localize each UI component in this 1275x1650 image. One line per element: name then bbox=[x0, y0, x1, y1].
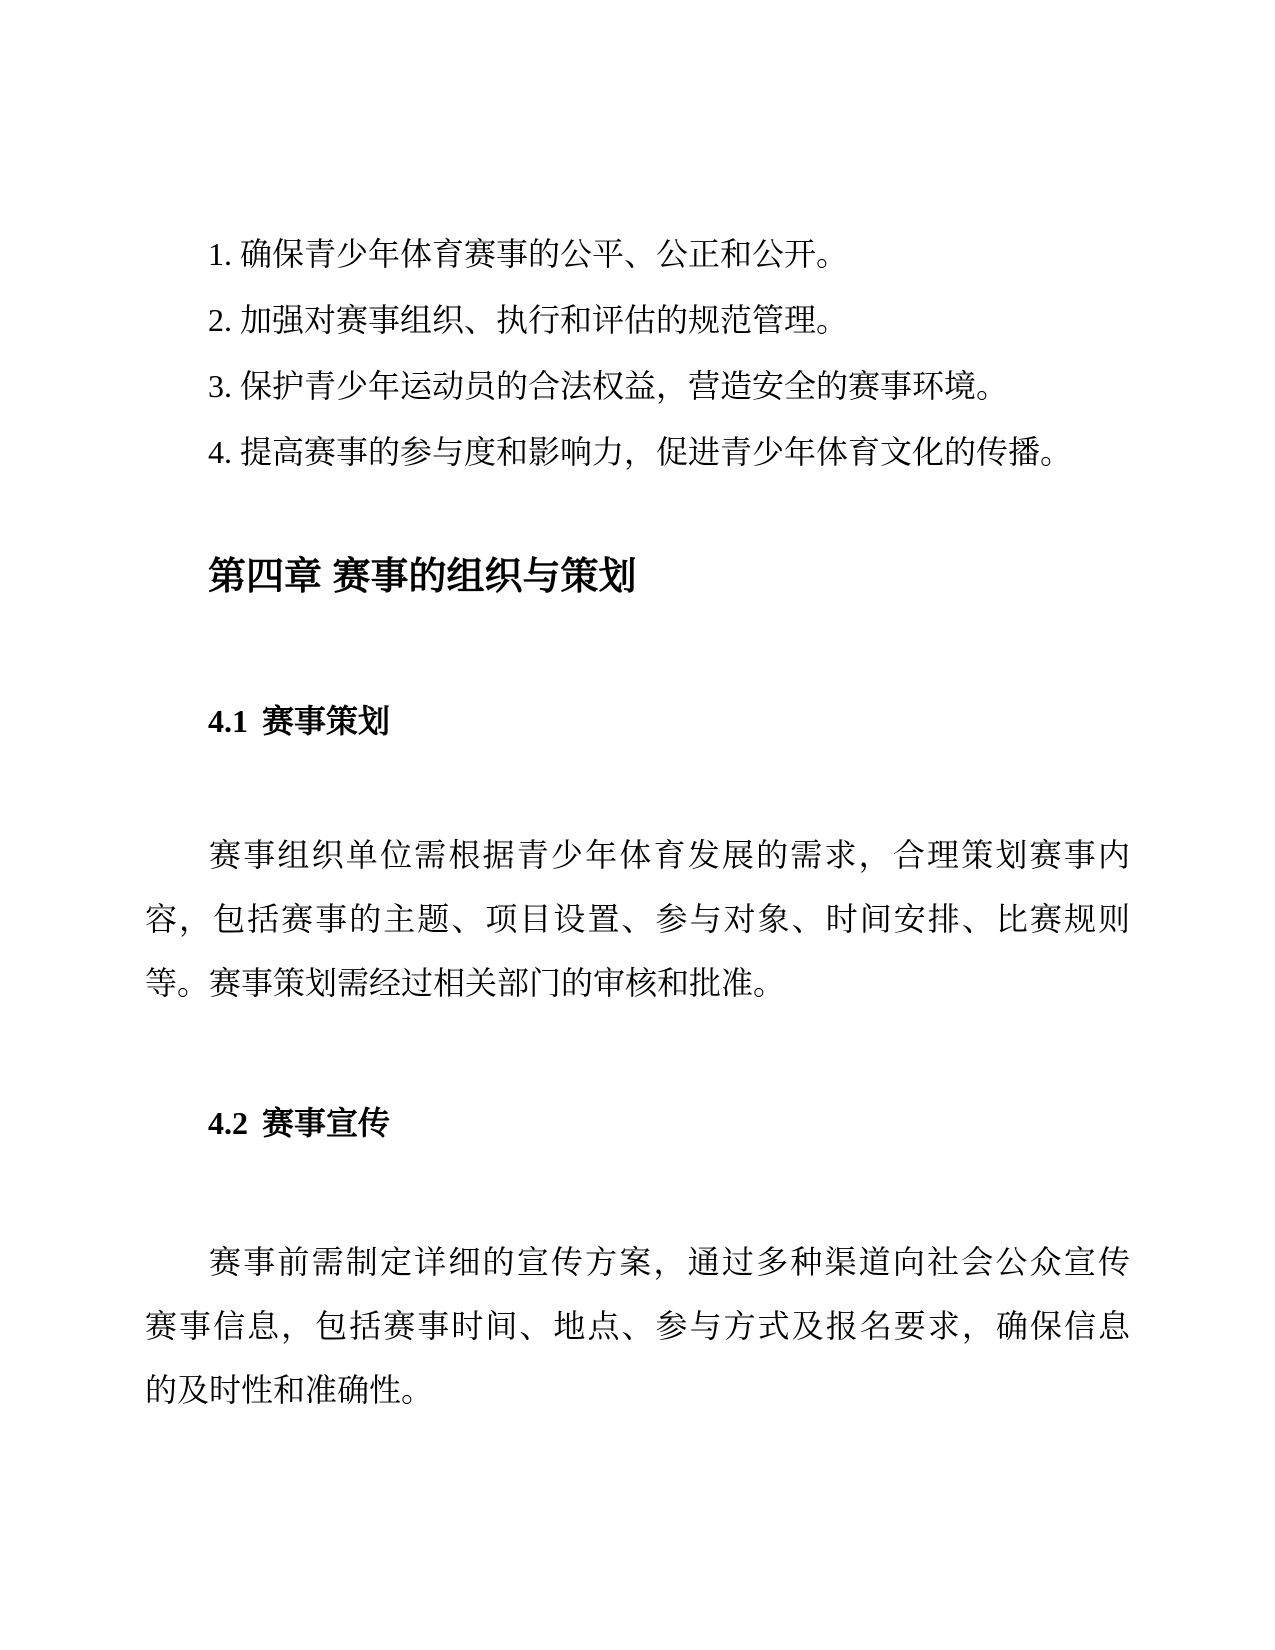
list-item: 1. 确保青少年体育赛事的公平、公正和公开。 bbox=[208, 221, 1148, 287]
paragraph-4-1: 赛事组织单位需根据青少年体育发展的需求，合理策划赛事内 容，包括赛事的主题、项目… bbox=[145, 823, 1130, 1015]
paragraph-line: 等。赛事策划需经过相关部门的审核和批准。 bbox=[145, 951, 1130, 1015]
section-number: 4.2 bbox=[208, 1105, 248, 1141]
list-item: 3. 保护青少年运动员的合法权益，营造安全的赛事环境。 bbox=[208, 353, 1148, 419]
paragraph-line: 容，包括赛事的主题、项目设置、参与对象、时间安排、比赛规则 bbox=[145, 887, 1130, 951]
section-title: 赛事宣传 bbox=[262, 1105, 390, 1141]
chapter-heading: 第四章 赛事的组织与策划 bbox=[208, 553, 637, 601]
section-number: 4.1 bbox=[208, 703, 248, 739]
document-page: 1. 确保青少年体育赛事的公平、公正和公开。 2. 加强对赛事组织、执行和评估的… bbox=[0, 0, 1275, 1650]
paragraph-line: 赛事前需制定详细的宣传方案，通过多种渠道向社会公众宣传 bbox=[145, 1230, 1130, 1294]
paragraph-line: 赛事组织单位需根据青少年体育发展的需求，合理策划赛事内 bbox=[145, 823, 1130, 887]
paragraph-line: 的及时性和准确性。 bbox=[145, 1358, 1130, 1422]
list-item: 4. 提高赛事的参与度和影响力，促进青少年体育文化的传播。 bbox=[208, 419, 1148, 485]
paragraph-4-2: 赛事前需制定详细的宣传方案，通过多种渠道向社会公众宣传 赛事信息，包括赛事时间、… bbox=[145, 1230, 1130, 1422]
section-heading-4-2: 4.2赛事宣传 bbox=[208, 1101, 390, 1145]
objectives-list: 1. 确保青少年体育赛事的公平、公正和公开。 2. 加强对赛事组织、执行和评估的… bbox=[208, 221, 1148, 485]
section-heading-4-1: 4.1赛事策划 bbox=[208, 699, 390, 743]
paragraph-line: 赛事信息，包括赛事时间、地点、参与方式及报名要求，确保信息 bbox=[145, 1294, 1130, 1358]
section-title: 赛事策划 bbox=[262, 703, 390, 739]
list-item: 2. 加强对赛事组织、执行和评估的规范管理。 bbox=[208, 287, 1148, 353]
